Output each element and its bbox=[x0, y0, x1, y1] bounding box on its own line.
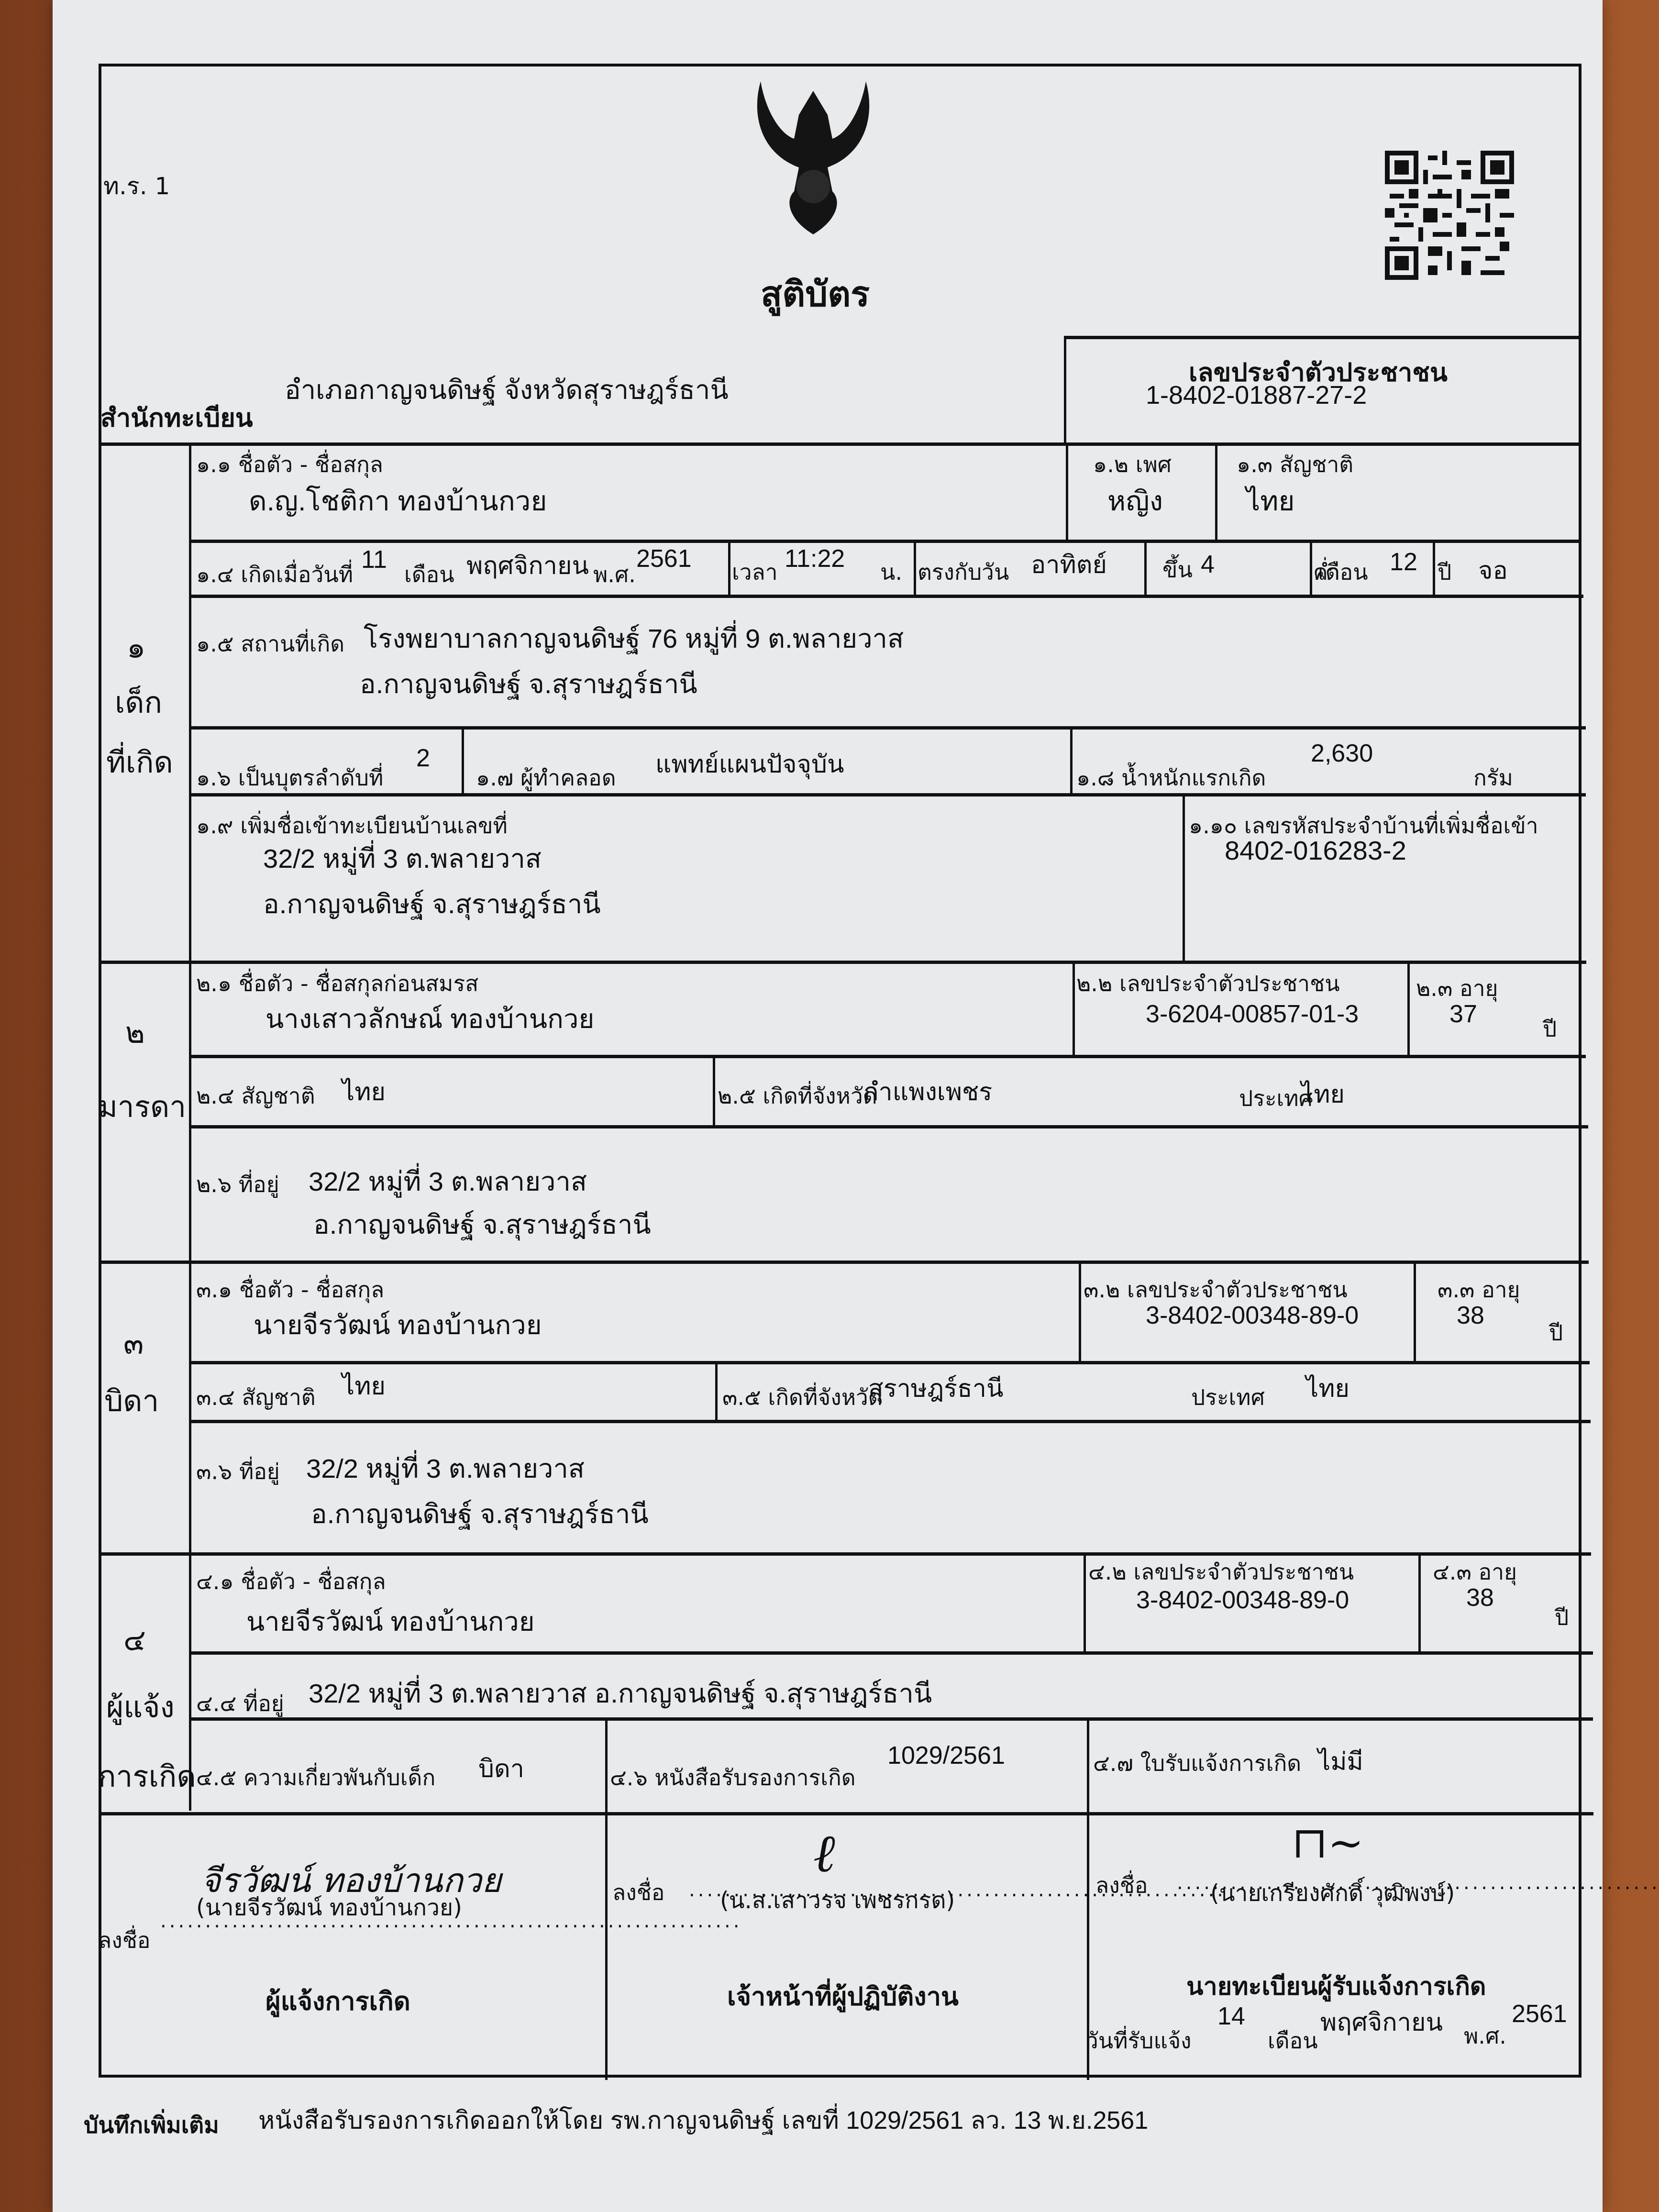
weekday-label: ตรงกับวัน bbox=[918, 555, 1009, 590]
received-month-label: เดือน bbox=[1268, 2024, 1318, 2058]
birth-time-label: เวลา bbox=[732, 555, 778, 590]
citizen-id: 1-8402-01887-27-2 bbox=[1146, 380, 1367, 410]
mother-province-label: ๒.๕ เกิดที่จังหวัด bbox=[718, 1079, 877, 1114]
mother-address-line1: 32/2 หมู่ที่ 3 ต.พลายวาส bbox=[309, 1160, 587, 1203]
child-name-label: ๑.๑ ชื่อตัว - ชื่อสกุล bbox=[196, 447, 383, 482]
footer-note: หนังสือรับรองการเกิดออกให้โดย รพ.กาญจนดิ… bbox=[258, 2100, 1148, 2140]
father-age-unit: ปี bbox=[1549, 1316, 1563, 1350]
garuda-emblem-icon bbox=[741, 77, 885, 239]
birth-time: 11:22 bbox=[785, 544, 845, 573]
birthplace-line1: โรงพยาบาลกาญจนดิษฐ์ 76 หมู่ที่ 9 ต.พลายว… bbox=[364, 617, 904, 660]
section-1-title: เด็ก bbox=[115, 679, 162, 726]
mother-nationality-label: ๒.๔ สัญชาติ bbox=[196, 1079, 315, 1114]
informant-sign-label: ลงชื่อ bbox=[98, 1923, 151, 1958]
received-day: 14 bbox=[1217, 2002, 1245, 2031]
received-month: พฤศจิกายน bbox=[1320, 2002, 1443, 2042]
father-province-label: ๓.๕ เกิดที่จังหวัด bbox=[722, 1380, 883, 1415]
father-country: ไทย bbox=[1306, 1368, 1349, 1408]
father-province: สุราษฎร์ธานี bbox=[868, 1368, 1003, 1408]
section-2-number: ๒ bbox=[125, 1009, 145, 1056]
birth-day: 11 bbox=[361, 545, 387, 574]
mother-name: นางเสาวลักษณ์ ทองบ้านกวย bbox=[265, 997, 594, 1040]
birth-weight-label: ๑.๘ น้ำหนักแรกเกิด bbox=[1076, 761, 1266, 796]
registry-office-value: อำเภอกาญจนดิษฐ์ จังหวัดสุราษฎร์ธานี bbox=[285, 368, 729, 411]
registrar-sign-label: ลงชื่อ bbox=[1095, 1868, 1148, 1903]
birth-time-unit: น. bbox=[880, 555, 902, 590]
father-address-line2: อ.กาญจนดิษฐ์ จ.สุราษฎร์ธานี bbox=[311, 1493, 649, 1535]
qr-code-icon bbox=[1385, 151, 1514, 280]
father-id: 3-8402-00348-89-0 bbox=[1146, 1301, 1359, 1330]
informant-age-unit: ปี bbox=[1555, 1600, 1569, 1635]
waxing-label: ขึ้น bbox=[1162, 553, 1193, 587]
officer-role: เจ้าหน้าที่ผู้ปฏิบัติงาน bbox=[727, 1976, 959, 2017]
registrar-signature: ⊓~ bbox=[1292, 1818, 1364, 1868]
received-be-label: พ.ศ. bbox=[1464, 2019, 1506, 2054]
section-1-title-2: ที่เกิด bbox=[106, 739, 173, 786]
lunar-month: 12 bbox=[1390, 548, 1417, 576]
registrar-role: นายทะเบียนผู้รับแจ้งการเกิด bbox=[1186, 1966, 1486, 2006]
informant-id-label: ๔.๒ เลขประจำตัวประชาชน bbox=[1088, 1555, 1354, 1590]
section-3-number: ๓ bbox=[123, 1320, 144, 1367]
form-code: ท.ร. 1 bbox=[103, 167, 170, 205]
officer-printed-name: (น.ส.เสาวรจ เพชรกรด) bbox=[720, 1882, 955, 1919]
waxing-day: 4 bbox=[1201, 550, 1215, 579]
father-nationality: ไทย bbox=[342, 1366, 386, 1405]
relation-value: บิดา bbox=[478, 1748, 524, 1788]
document-title: สูติบัตร bbox=[761, 265, 870, 322]
child-sex-label: ๑.๒ เพศ bbox=[1093, 447, 1172, 482]
mother-province: กำแพงเพชร bbox=[863, 1072, 992, 1111]
delivered-by: แพทย์แผนปัจจุบัน bbox=[655, 744, 844, 784]
receipt-value: ไม่มี bbox=[1318, 1741, 1363, 1781]
informant-name: นายจีรวัฒน์ ทองบ้านกวย bbox=[246, 1600, 535, 1643]
birth-date-label: ๑.๔ เกิดเมื่อวันที่ bbox=[196, 557, 353, 592]
mother-address-line2: อ.กาญจนดิษฐ์ จ.สุราษฎร์ธานี bbox=[313, 1203, 651, 1246]
certificate-label: ๔.๖ หนังสือรับรองการเกิด bbox=[610, 1760, 856, 1795]
child-nationality: ไทย bbox=[1246, 478, 1294, 523]
section-1-number: ๑ bbox=[127, 624, 145, 671]
mother-id-label: ๒.๒ เลขประจำตัวประชาชน bbox=[1076, 966, 1340, 1001]
relation-label: ๔.๕ ความเกี่ยวพันกับเด็ก bbox=[196, 1760, 435, 1795]
birthplace-label: ๑.๕ สถานที่เกิด bbox=[196, 627, 344, 662]
child-nationality-label: ๑.๓ สัญชาติ bbox=[1237, 447, 1353, 482]
section-4-number: ๔ bbox=[123, 1617, 146, 1664]
birthplace-line2: อ.กาญจนดิษฐ์ จ.สุราษฎร์ธานี bbox=[360, 663, 697, 705]
father-name-label: ๓.๑ ชื่อตัว - ชื่อสกุล bbox=[196, 1272, 384, 1307]
birth-order: 2 bbox=[416, 744, 430, 773]
lunar-month-label: เดือน bbox=[1318, 555, 1368, 590]
father-name: นายจีรวัฒน์ ทองบ้านกวย bbox=[254, 1304, 542, 1346]
weekday: อาทิตย์ bbox=[1031, 544, 1107, 584]
mother-age-unit: ปี bbox=[1543, 1012, 1557, 1047]
officer-sign-label: ลงชื่อ bbox=[612, 1875, 665, 1910]
delivered-by-label: ๑.๗ ผู้ทำคลอด bbox=[476, 761, 616, 796]
father-address-line1: 32/2 หมู่ที่ 3 ต.พลายวาส bbox=[306, 1447, 585, 1490]
received-year: 2561 bbox=[1512, 2000, 1567, 2028]
receipt-label: ๔.๗ ใบรับแจ้งการเกิด bbox=[1093, 1746, 1301, 1781]
house-code: 8402-016283-2 bbox=[1225, 835, 1406, 866]
mother-name-label: ๒.๑ ชื่อตัว - ชื่อสกุลก่อนสมรส bbox=[196, 966, 478, 1001]
registrar-printed-name: (นายเกรียงศักดิ์ วุฒิพงษ์) bbox=[1210, 1875, 1455, 1912]
house-line1: 32/2 หมู่ที่ 3 ต.พลายวาส bbox=[263, 837, 542, 880]
section-2-title: มารดา bbox=[98, 1084, 186, 1130]
birth-month-label: เดือน bbox=[404, 557, 454, 592]
birth-month: พฤศจิกายน bbox=[466, 545, 589, 585]
informant-address: 32/2 หมู่ที่ 3 ต.พลายวาส อ.กาญจนดิษฐ์ จ.… bbox=[309, 1672, 932, 1714]
section-3-title: บิดา bbox=[104, 1378, 159, 1425]
birth-year: 2561 bbox=[636, 544, 692, 573]
birth-order-label: ๑.๖ เป็นบุตรลำดับที่ bbox=[196, 761, 383, 796]
informant-printed-name: (นายจีรวัฒน์ ทองบ้านกวย) bbox=[196, 1890, 462, 1926]
informant-address-label: ๔.๔ ที่อยู่ bbox=[196, 1686, 284, 1721]
year-label: ปี bbox=[1438, 555, 1451, 590]
house-line2: อ.กาญจนดิษฐ์ จ.สุราษฎร์ธานี bbox=[263, 883, 601, 925]
child-name: ด.ญ.โชติกา ทองบ้านกวย bbox=[249, 478, 547, 523]
birth-be-label: พ.ศ. bbox=[593, 557, 636, 592]
registry-office-label: สำนักทะเบียน bbox=[100, 397, 253, 438]
certificate-number: 1029/2561 bbox=[887, 1741, 1005, 1770]
zodiac-year: จอ bbox=[1478, 550, 1508, 590]
informant-id: 3-8402-00348-89-0 bbox=[1136, 1586, 1349, 1615]
child-sex: หญิง bbox=[1107, 478, 1163, 523]
father-country-label: ประเทศ bbox=[1191, 1380, 1265, 1415]
section-4-title: ผู้แจ้ง bbox=[106, 1684, 175, 1731]
father-age: 38 bbox=[1457, 1301, 1484, 1330]
informant-role: ผู้แจ้งการเกิด bbox=[265, 1980, 410, 2022]
father-nationality-label: ๓.๔ สัญชาติ bbox=[196, 1380, 316, 1415]
footer-note-label: บันทึกเพิ่มเติม bbox=[84, 2107, 219, 2144]
birth-weight-unit: กรัม bbox=[1473, 761, 1513, 796]
father-address-label: ๓.๖ ที่อยู่ bbox=[196, 1454, 280, 1489]
informant-age: 38 bbox=[1466, 1583, 1494, 1612]
mother-nationality: ไทย bbox=[342, 1072, 386, 1111]
mother-age: 37 bbox=[1449, 1000, 1477, 1029]
informant-name-label: ๔.๑ ชื่อตัว - ชื่อสกุล bbox=[196, 1564, 386, 1599]
mother-id: 3-6204-00857-01-3 bbox=[1146, 1000, 1359, 1029]
mother-address-label: ๒.๖ ที่อยู่ bbox=[196, 1167, 279, 1202]
section-4-title-2: การเกิด bbox=[98, 1753, 196, 1800]
received-date-label: วันที่รับแจ้ง bbox=[1086, 2024, 1192, 2058]
mother-country: ไทย bbox=[1301, 1074, 1345, 1114]
birth-weight: 2,630 bbox=[1311, 739, 1373, 768]
officer-signature: ℓ bbox=[813, 1823, 835, 1884]
